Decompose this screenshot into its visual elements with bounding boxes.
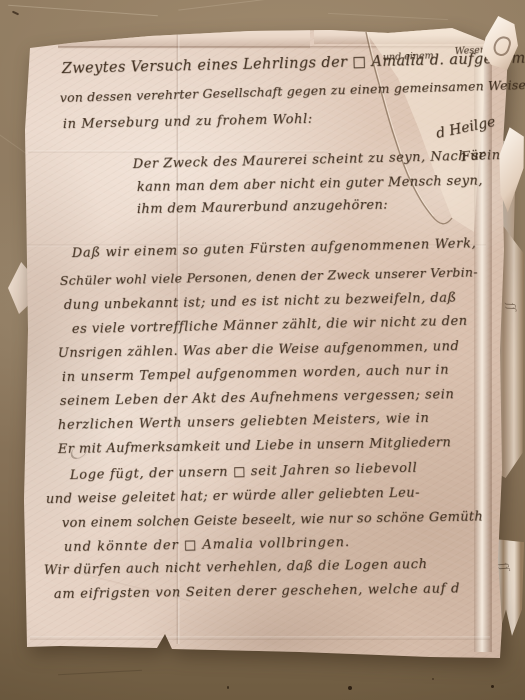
photo-scene: ſſ ſſ ſſ und einem Wesen d Heilge Für Zw… (0, 0, 525, 700)
